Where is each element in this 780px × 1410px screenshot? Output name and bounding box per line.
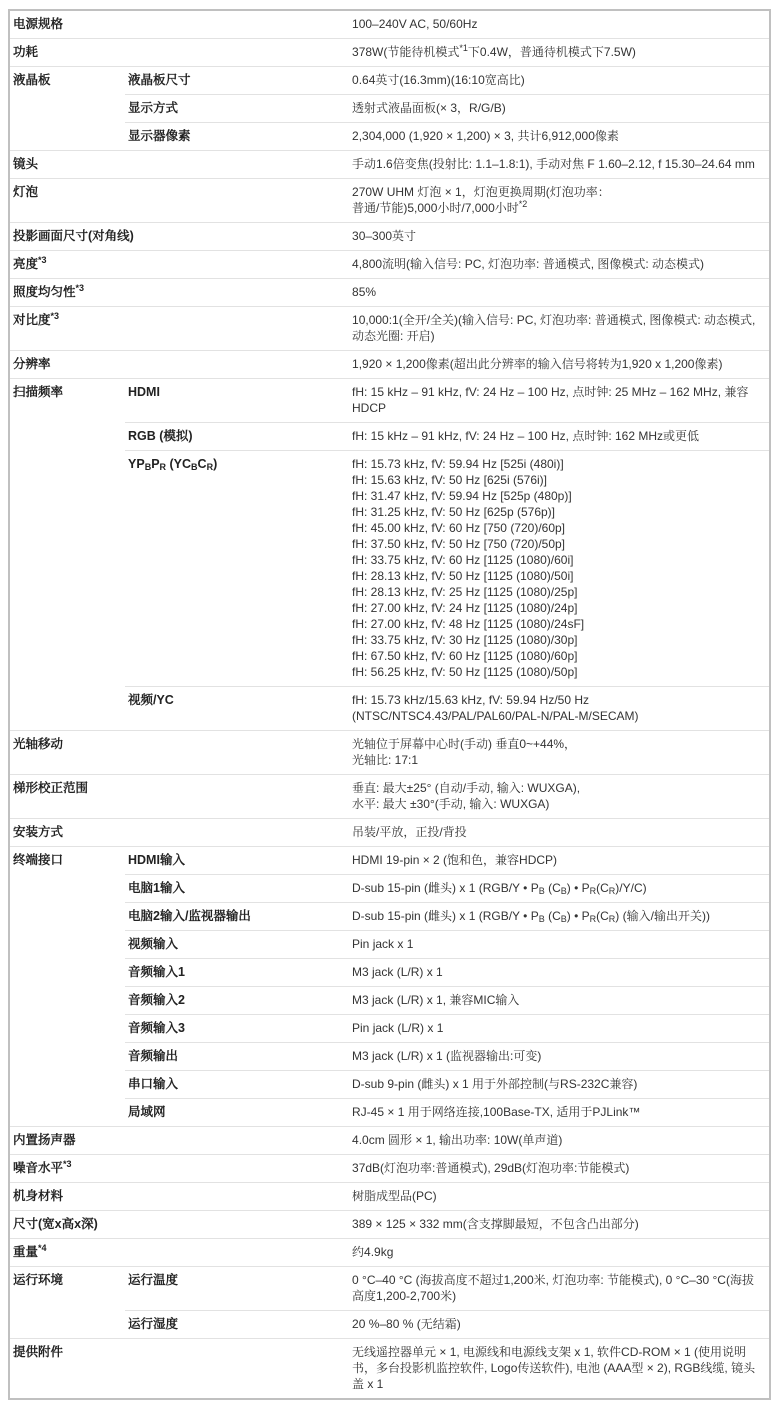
spec-page: 电源规格100–240V AC, 50/60Hz功耗378W(节能待机模式*1下… <box>0 0 780 1410</box>
spec-value: D-sub 15-pin (雌头) x 1 (RGB/Y • PB (CB) •… <box>350 875 770 903</box>
text-segment: 垂直: 最大±25° (自动/手动, 输入: WUXGA), 水平: 最大 ±3… <box>352 781 580 811</box>
spec-section-label: 重量*4 <box>9 1239 350 1267</box>
text-segment: )/Y/C) <box>615 881 646 895</box>
table-row: 尺寸(宽x高x深)389 × 125 × 332 mm(含支撑脚最短，不包含凸出… <box>9 1211 770 1239</box>
spec-sub-label: YPBPR (YCBCR) <box>125 451 350 687</box>
table-row: 安装方式吊装/平放，正投/背投 <box>9 819 770 847</box>
spec-section-label: 扫描频率 <box>9 379 125 731</box>
sup-text: *1 <box>459 43 468 53</box>
spec-section-label: 液晶板 <box>9 67 125 151</box>
spec-value: M3 jack (L/R) x 1, 兼容MIC输入 <box>350 987 770 1015</box>
table-row: 投影画面尺寸(对角线)30–300英寸 <box>9 223 770 251</box>
sup-text: *4 <box>38 1243 47 1253</box>
text-segment: 音频输入1 <box>128 965 185 979</box>
text-segment: HDMI <box>128 385 160 399</box>
spec-section-label: 电源规格 <box>9 10 350 39</box>
spec-section-label: 镜头 <box>9 151 350 179</box>
text-segment: 音频输入3 <box>128 1021 185 1035</box>
table-row: 光轴移动光轴位于屏幕中心时(手动) 垂直0~+44%， 光轴比: 17:1 <box>9 731 770 775</box>
spec-section-label: 安装方式 <box>9 819 350 847</box>
spec-section-label: 投影画面尺寸(对角线) <box>9 223 350 251</box>
text-segment: 对比度 <box>13 313 51 327</box>
text-segment: fH: 15.73 kHz/15.63 kHz, fV: 59.94 Hz/50… <box>352 693 639 723</box>
spec-value: D-sub 15-pin (雌头) x 1 (RGB/Y • PB (CB) •… <box>350 903 770 931</box>
spec-value: fH: 15.73 kHz, fV: 59.94 Hz [525i (480i)… <box>350 451 770 687</box>
text-segment: 1,920 × 1,200像素(超出此分辨率的输入信号将转为1,920 x 1,… <box>352 357 722 371</box>
text-segment: 10,000:1(全开/全关)(输入信号: PC, 灯泡功率: 普通模式, 图像… <box>352 313 755 343</box>
spec-value: 20 %–80 % (无结霜) <box>350 1311 770 1339</box>
table-row: 重量*4约4.9kg <box>9 1239 770 1267</box>
sup-text: *3 <box>63 1159 72 1169</box>
spec-sub-label: 局域网 <box>125 1099 350 1127</box>
text-segment: HDMI输入 <box>128 853 185 867</box>
text-segment: M3 jack (L/R) x 1, 兼容MIC输入 <box>352 993 519 1007</box>
spec-value: RJ-45 × 1 用于网络连接,100Base-TX, 适用于PJLink™ <box>350 1099 770 1127</box>
text-segment: ) <box>213 457 217 471</box>
table-row: 扫描频率HDMIfH: 15 kHz – 91 kHz, fV: 24 Hz –… <box>9 379 770 423</box>
spec-section-label: 终端接口 <box>9 847 125 1127</box>
spec-table: 电源规格100–240V AC, 50/60Hz功耗378W(节能待机模式*1下… <box>8 9 771 1400</box>
text-segment: 运行温度 <box>128 1273 178 1287</box>
text-segment: 2,304,000 (1,920 × 1,200) × 3, 共计6,912,0… <box>352 129 619 143</box>
spec-sub-label: 串口输入 <box>125 1071 350 1099</box>
text-segment: ) • P <box>567 881 590 895</box>
spec-section-label: 灯泡 <box>9 179 350 223</box>
text-segment: 尺寸(宽x高x深) <box>13 1217 98 1231</box>
spec-value: 0 °C–40 °C (海拔高度不超过1,200米, 灯泡功率: 节能模式), … <box>350 1267 770 1311</box>
spec-section-label: 对比度*3 <box>9 307 350 351</box>
table-row: 对比度*310,000:1(全开/全关)(输入信号: PC, 灯泡功率: 普通模… <box>9 307 770 351</box>
spec-value: D-sub 9-pin (雌头) x 1 用于外部控制(与RS-232C兼容) <box>350 1071 770 1099</box>
spec-value: 100–240V AC, 50/60Hz <box>350 10 770 39</box>
text-segment: D-sub 9-pin (雌头) x 1 用于外部控制(与RS-232C兼容) <box>352 1077 637 1091</box>
spec-value: 手动1.6倍变焦(投射比: 1.1–1.8:1), 手动对焦 F 1.60–2.… <box>350 151 770 179</box>
spec-value: M3 jack (L/R) x 1 <box>350 959 770 987</box>
text-segment: 20 %–80 % (无结霜) <box>352 1317 461 1331</box>
spec-value: 270W UHM 灯泡 × 1，灯泡更换周期(灯泡功率： 普通/节能)5,000… <box>350 179 770 223</box>
spec-section-label: 梯形校正范围 <box>9 775 350 819</box>
text-segment: 透射式液晶面板(× 3，R/G/B) <box>352 101 506 115</box>
spec-sub-label: 运行湿度 <box>125 1311 350 1339</box>
spec-value: 光轴位于屏幕中心时(手动) 垂直0~+44%， 光轴比: 17:1 <box>350 731 770 775</box>
table-row: 机身材料树脂成型品(PC) <box>9 1183 770 1211</box>
text-segment: 85% <box>352 285 376 299</box>
text-segment: 终端接口 <box>13 853 63 867</box>
spec-sub-label: RGB (模拟) <box>125 423 350 451</box>
text-segment: 液晶板 <box>13 73 51 87</box>
spec-value: 4.0cm 圆形 × 1, 输出功率: 10W(单声道) <box>350 1127 770 1155</box>
spec-value: 389 × 125 × 332 mm(含支撑脚最短，不包含凸出部分) <box>350 1211 770 1239</box>
spec-value: 垂直: 最大±25° (自动/手动, 输入: WUXGA), 水平: 最大 ±3… <box>350 775 770 819</box>
spec-sub-label: 显示方式 <box>125 95 350 123</box>
text-segment: C <box>198 457 207 471</box>
spec-section-label: 光轴移动 <box>9 731 350 775</box>
table-row: 镜头手动1.6倍变焦(投射比: 1.1–1.8:1), 手动对焦 F 1.60–… <box>9 151 770 179</box>
text-segment: 0 °C–40 °C (海拔高度不超过1,200米, 灯泡功率: 节能模式), … <box>352 1273 754 1303</box>
spec-value: 无线遥控器单元 × 1, 电源线和电源线支架 x 1, 软件CD-ROM × 1… <box>350 1339 770 1400</box>
text-segment: 局域网 <box>128 1105 166 1119</box>
spec-value: 30–300英寸 <box>350 223 770 251</box>
spec-value: 吊装/平放，正投/背投 <box>350 819 770 847</box>
text-segment: (C <box>545 909 561 923</box>
text-segment: 分辨率 <box>13 357 51 371</box>
text-segment: 显示器像素 <box>128 129 191 143</box>
spec-sub-label: HDMI <box>125 379 350 423</box>
spec-section-label: 功耗 <box>9 39 350 67</box>
text-segment: 视频输入 <box>128 937 178 951</box>
spec-sub-label: 电脑1输入 <box>125 875 350 903</box>
text-segment: 梯形校正范围 <box>13 781 88 795</box>
spec-value: 树脂成型品(PC) <box>350 1183 770 1211</box>
text-segment: 提供附件 <box>13 1345 63 1359</box>
spec-section-label: 分辨率 <box>9 351 350 379</box>
text-segment: 378W(节能待机模式 <box>352 45 459 59</box>
text-segment: 树脂成型品(PC) <box>352 1189 437 1203</box>
spec-value: 透射式液晶面板(× 3，R/G/B) <box>350 95 770 123</box>
spec-value: 378W(节能待机模式*1下0.4W，普通待机模式下7.5W) <box>350 39 770 67</box>
spec-value: 4,800流明(输入信号: PC, 灯泡功率: 普通模式, 图像模式: 动态模式… <box>350 251 770 279</box>
spec-sub-label: HDMI输入 <box>125 847 350 875</box>
spec-sub-label: 液晶板尺寸 <box>125 67 350 95</box>
text-segment: 吊装/平放，正投/背投 <box>352 825 467 839</box>
text-segment: 亮度 <box>13 257 38 271</box>
text-segment: 显示方式 <box>128 101 178 115</box>
text-segment: 100–240V AC, 50/60Hz <box>352 17 477 31</box>
spec-value: 10,000:1(全开/全关)(输入信号: PC, 灯泡功率: 普通模式, 图像… <box>350 307 770 351</box>
spec-value: fH: 15 kHz – 91 kHz, fV: 24 Hz – 100 Hz,… <box>350 379 770 423</box>
sup-text: *2 <box>519 199 528 209</box>
spec-section-label: 运行环境 <box>9 1267 125 1339</box>
sup-text: *3 <box>76 283 85 293</box>
spec-value: HDMI 19-pin × 2 (饱和色，兼容HDCP) <box>350 847 770 875</box>
spec-section-label: 照度均匀性*3 <box>9 279 350 307</box>
spec-value: Pin jack (L/R) x 1 <box>350 1015 770 1043</box>
table-row: 照度均匀性*385% <box>9 279 770 307</box>
spec-value: 37dB(灯泡功率:普通模式), 29dB(灯泡功率:节能模式) <box>350 1155 770 1183</box>
spec-value: 85% <box>350 279 770 307</box>
text-segment: 扫描频率 <box>13 385 63 399</box>
spec-section-label: 提供附件 <box>9 1339 350 1400</box>
text-segment: 音频输入2 <box>128 993 185 1007</box>
text-segment: P <box>151 457 159 471</box>
table-row: 内置扬声器4.0cm 圆形 × 1, 输出功率: 10W(单声道) <box>9 1127 770 1155</box>
text-segment: 手动1.6倍变焦(投射比: 1.1–1.8:1), 手动对焦 F 1.60–2.… <box>352 157 755 171</box>
spec-sub-label: 电脑2输入/监视器输出 <box>125 903 350 931</box>
table-row: 梯形校正范围垂直: 最大±25° (自动/手动, 输入: WUXGA), 水平:… <box>9 775 770 819</box>
spec-section-label: 噪音水平*3 <box>9 1155 350 1183</box>
text-segment: (YC <box>166 457 191 471</box>
spec-sub-label: 显示器像素 <box>125 123 350 151</box>
text-segment: 视频/YC <box>128 693 174 707</box>
text-segment: D-sub 15-pin (雌头) x 1 (RGB/Y • P <box>352 881 539 895</box>
text-segment: 音频输出 <box>128 1049 178 1063</box>
text-segment: 镜头 <box>13 157 38 171</box>
spec-sub-label: 音频输出 <box>125 1043 350 1071</box>
table-row: 灯泡270W UHM 灯泡 × 1，灯泡更换周期(灯泡功率： 普通/节能)5,0… <box>9 179 770 223</box>
table-row: 运行环境运行温度0 °C–40 °C (海拔高度不超过1,200米, 灯泡功率:… <box>9 1267 770 1311</box>
spec-section-label: 尺寸(宽x高x深) <box>9 1211 350 1239</box>
text-segment: M3 jack (L/R) x 1 <box>352 965 443 979</box>
spec-value: Pin jack x 1 <box>350 931 770 959</box>
table-row: 噪音水平*337dB(灯泡功率:普通模式), 29dB(灯泡功率:节能模式) <box>9 1155 770 1183</box>
text-segment: 光轴位于屏幕中心时(手动) 垂直0~+44%， 光轴比: 17:1 <box>352 737 576 767</box>
spec-sub-label: 运行温度 <box>125 1267 350 1311</box>
spec-sub-label: 音频输入2 <box>125 987 350 1015</box>
text-segment: ) • P <box>567 909 590 923</box>
text-segment: 灯泡 <box>13 185 38 199</box>
text-segment: 电脑2输入/监视器输出 <box>128 909 251 923</box>
text-segment: Pin jack x 1 <box>352 937 413 951</box>
text-segment: 电源规格 <box>13 17 63 31</box>
text-segment: M3 jack (L/R) x 1 (监视器输出:可变) <box>352 1049 541 1063</box>
spec-value: 0.64英寸(16.3mm)(16:10宽高比) <box>350 67 770 95</box>
text-segment: 30–300英寸 <box>352 229 416 243</box>
text-segment: 噪音水平 <box>13 1161 63 1175</box>
text-segment: YP <box>128 457 145 471</box>
text-segment: 389 × 125 × 332 mm(含支撑脚最短，不包含凸出部分) <box>352 1217 639 1231</box>
text-segment: (C <box>596 909 609 923</box>
spec-section-label: 内置扬声器 <box>9 1127 350 1155</box>
text-segment: 机身材料 <box>13 1189 63 1203</box>
spec-value: fH: 15.73 kHz/15.63 kHz, fV: 59.94 Hz/50… <box>350 687 770 731</box>
text-segment: 无线遥控器单元 × 1, 电源线和电源线支架 x 1, 软件CD-ROM × 1… <box>352 1345 755 1391</box>
text-segment: 37dB(灯泡功率:普通模式), 29dB(灯泡功率:节能模式) <box>352 1161 629 1175</box>
text-segment: 电脑1输入 <box>128 881 185 895</box>
text-segment: 串口输入 <box>128 1077 178 1091</box>
spec-sub-label: 音频输入3 <box>125 1015 350 1043</box>
text-segment: 4.0cm 圆形 × 1, 输出功率: 10W(单声道) <box>352 1133 562 1147</box>
text-segment: ) (输入/输出开关)) <box>615 909 710 923</box>
text-segment: 运行湿度 <box>128 1317 178 1331</box>
text-segment: (C <box>596 881 609 895</box>
text-segment: RJ-45 × 1 用于网络连接,100Base-TX, 适用于PJLink™ <box>352 1105 640 1119</box>
spec-value: 2,304,000 (1,920 × 1,200) × 3, 共计6,912,0… <box>350 123 770 151</box>
text-segment: (C <box>545 881 561 895</box>
text-segment: 光轴移动 <box>13 737 63 751</box>
sup-text: *3 <box>38 255 47 265</box>
text-segment: Pin jack (L/R) x 1 <box>352 1021 443 1035</box>
table-row: 提供附件无线遥控器单元 × 1, 电源线和电源线支架 x 1, 软件CD-ROM… <box>9 1339 770 1400</box>
table-row: 亮度*34,800流明(输入信号: PC, 灯泡功率: 普通模式, 图像模式: … <box>9 251 770 279</box>
spec-sub-label: 视频/YC <box>125 687 350 731</box>
table-row: 电源规格100–240V AC, 50/60Hz <box>9 10 770 39</box>
table-row: 终端接口HDMI输入HDMI 19-pin × 2 (饱和色，兼容HDCP) <box>9 847 770 875</box>
text-segment: 重量 <box>13 1245 38 1259</box>
text-segment: 270W UHM 灯泡 × 1，灯泡更换周期(灯泡功率： 普通/节能)5,000… <box>352 185 610 215</box>
spec-value: 约4.9kg <box>350 1239 770 1267</box>
text-segment: 约4.9kg <box>352 1245 393 1259</box>
spec-sub-label: 视频输入 <box>125 931 350 959</box>
text-segment: 照度均匀性 <box>13 285 76 299</box>
table-row: 分辨率1,920 × 1,200像素(超出此分辨率的输入信号将转为1,920 x… <box>9 351 770 379</box>
text-segment: fH: 15.73 kHz, fV: 59.94 Hz [525i (480i)… <box>352 457 584 679</box>
text-segment: RGB (模拟) <box>128 429 193 443</box>
text-segment: 液晶板尺寸 <box>128 73 191 87</box>
spec-value: M3 jack (L/R) x 1 (监视器输出:可变) <box>350 1043 770 1071</box>
text-segment: fH: 15 kHz – 91 kHz, fV: 24 Hz – 100 Hz,… <box>352 385 748 415</box>
sup-text: *3 <box>51 311 60 321</box>
spec-section-label: 机身材料 <box>9 1183 350 1211</box>
spec-value: fH: 15 kHz – 91 kHz, fV: 24 Hz – 100 Hz,… <box>350 423 770 451</box>
table-row: 功耗378W(节能待机模式*1下0.4W，普通待机模式下7.5W) <box>9 39 770 67</box>
spec-sub-label: 音频输入1 <box>125 959 350 987</box>
spec-value: 1,920 × 1,200像素(超出此分辨率的输入信号将转为1,920 x 1,… <box>350 351 770 379</box>
text-segment: 0.64英寸(16.3mm)(16:10宽高比) <box>352 73 525 87</box>
table-row: 液晶板液晶板尺寸0.64英寸(16.3mm)(16:10宽高比) <box>9 67 770 95</box>
text-segment: 4,800流明(输入信号: PC, 灯泡功率: 普通模式, 图像模式: 动态模式… <box>352 257 704 271</box>
text-segment: 功耗 <box>13 45 38 59</box>
text-segment: HDMI 19-pin × 2 (饱和色，兼容HDCP) <box>352 853 557 867</box>
text-segment: 运行环境 <box>13 1273 63 1287</box>
text-segment: fH: 15 kHz – 91 kHz, fV: 24 Hz – 100 Hz,… <box>352 429 699 443</box>
spec-section-label: 亮度*3 <box>9 251 350 279</box>
text-segment: 投影画面尺寸(对角线) <box>13 229 134 243</box>
text-segment: 下0.4W，普通待机模式下7.5W) <box>468 45 636 59</box>
text-segment: 内置扬声器 <box>13 1133 76 1147</box>
text-segment: 安装方式 <box>13 825 63 839</box>
spec-table-body: 电源规格100–240V AC, 50/60Hz功耗378W(节能待机模式*1下… <box>9 10 770 1399</box>
text-segment: D-sub 15-pin (雌头) x 1 (RGB/Y • P <box>352 909 539 923</box>
